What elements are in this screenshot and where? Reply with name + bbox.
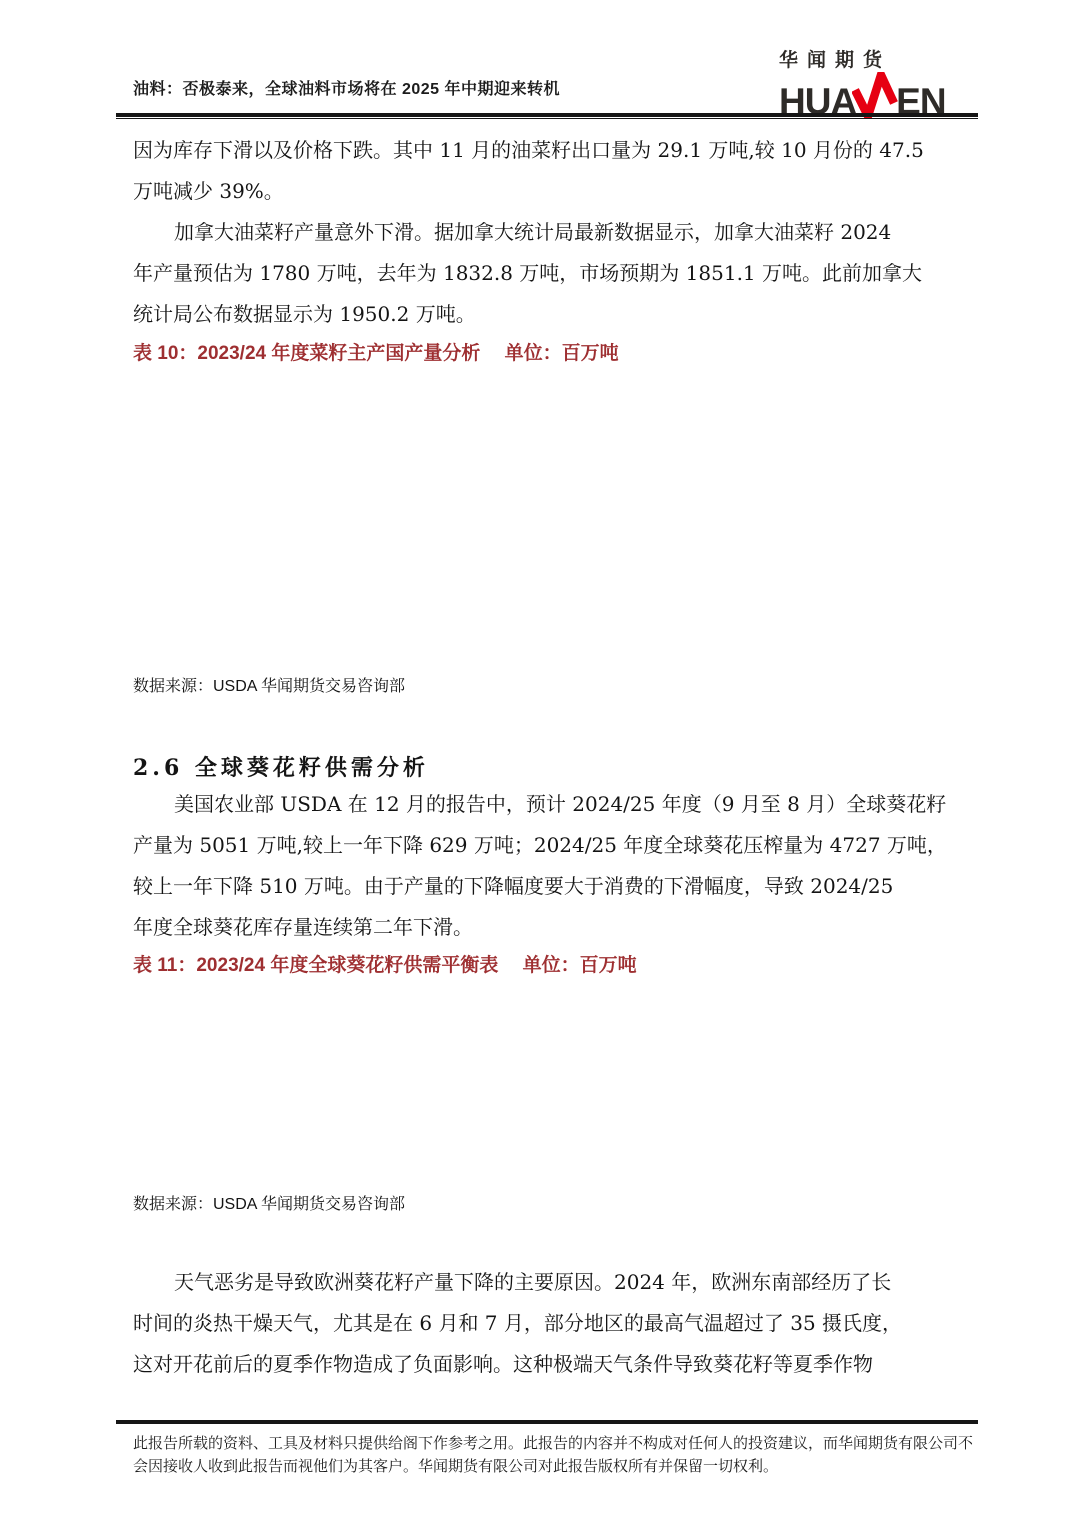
report-header-title: 油料：否极泰来，全球油料市场将在 2025 年中期迎来转机	[133, 76, 560, 99]
paragraph-line: 统计局公布数据显示为 1950.2 万吨。	[133, 294, 949, 335]
footer-disclaimer: 此报告所载的资料、工具及材料只提供给阁下作参考之用。此报告的内容并不构成对任何人…	[133, 1432, 963, 1478]
paragraph-line: 较上一年下降 510 万吨。由于产量的下降幅度要大于消费的下滑幅度，导致 202…	[133, 866, 949, 907]
data-source-line-1: 数据来源：USDA 华闻期货交易咨询部	[133, 676, 405, 698]
paragraph-canada-production: 加拿大油菜籽产量意外下滑。据加拿大统计局最新数据显示，加拿大油菜籽 2024 年…	[133, 212, 949, 335]
table11-figure-area	[133, 990, 949, 1185]
paragraph-canola-exports: 因为库存下滑以及价格下跌。其中 11 月的油菜籽出口量为 29.1 万吨,较 1…	[133, 130, 949, 212]
paragraph-line: 因为库存下滑以及价格下跌。其中 11 月的油菜籽出口量为 29.1 万吨,较 1…	[133, 130, 949, 171]
data-source-line-2: 数据来源：USDA 华闻期货交易咨询部	[133, 1194, 405, 1216]
footer-disclaimer-line: 会因接收人收到此报告而视他们为其客户。华闻期货有限公司对此报告版权所有并保留一切…	[133, 1455, 963, 1478]
paragraph-line: 加拿大油菜籽产量意外下滑。据加拿大统计局最新数据显示，加拿大油菜籽 2024	[133, 212, 949, 253]
table11-caption: 表 11：2023/24 年度全球葵花籽供需平衡表 单位：百万吨	[133, 953, 637, 979]
paragraph-weather-impact: 天气恶劣是导致欧洲葵花籽产量下降的主要原因。2024 年，欧洲东南部经历了长 时…	[133, 1262, 949, 1385]
paragraph-line: 产量为 5051 万吨,较上一年下降 629 万吨；2024/25 年度全球葵花…	[133, 825, 949, 866]
paragraph-line: 万吨减少 39%。	[133, 171, 949, 212]
paragraph-line: 这对开花前后的夏季作物造成了负面影响。这种极端天气条件导致葵花籽等夏季作物	[133, 1344, 949, 1385]
paragraph-line: 美国农业部 USDA 在 12 月的报告中，预计 2024/25 年度（9 月至…	[133, 784, 949, 825]
paragraph-line: 年度全球葵花库存量连续第二年下滑。	[133, 907, 949, 948]
header-divider-rule	[116, 113, 978, 119]
logo-chinese-name: 华闻期货	[779, 50, 979, 72]
section-2-6-heading: 2.6 全球葵花籽供需分析	[133, 753, 429, 783]
footer-divider-rule	[116, 1420, 978, 1424]
table10-caption: 表 10：2023/24 年度菜籽主产国产量分析 单位：百万吨	[133, 341, 619, 367]
paragraph-sunflower-supply: 美国农业部 USDA 在 12 月的报告中，预计 2024/25 年度（9 月至…	[133, 784, 949, 948]
logo-latin-row: HUA EN	[779, 72, 979, 117]
paragraph-line: 时间的炎热干燥天气，尤其是在 6 月和 7 月，部分地区的最高气温超过了 35 …	[133, 1303, 949, 1344]
logo-red-w-checkmark-icon	[852, 72, 900, 118]
footer-disclaimer-line: 此报告所载的资料、工具及材料只提供给阁下作参考之用。此报告的内容并不构成对任何人…	[133, 1432, 963, 1455]
report-page: 油料：否极泰来，全球油料市场将在 2025 年中期迎来转机 华闻期货 HUA E…	[0, 0, 1080, 1527]
huawen-logo: 华闻期货 HUA EN	[779, 50, 979, 117]
paragraph-line: 年产量预估为 1780 万吨，去年为 1832.8 万吨，市场预期为 1851.…	[133, 253, 949, 294]
paragraph-line: 天气恶劣是导致欧洲葵花籽产量下降的主要原因。2024 年，欧洲东南部经历了长	[133, 1262, 949, 1303]
table10-figure-area	[133, 375, 949, 665]
